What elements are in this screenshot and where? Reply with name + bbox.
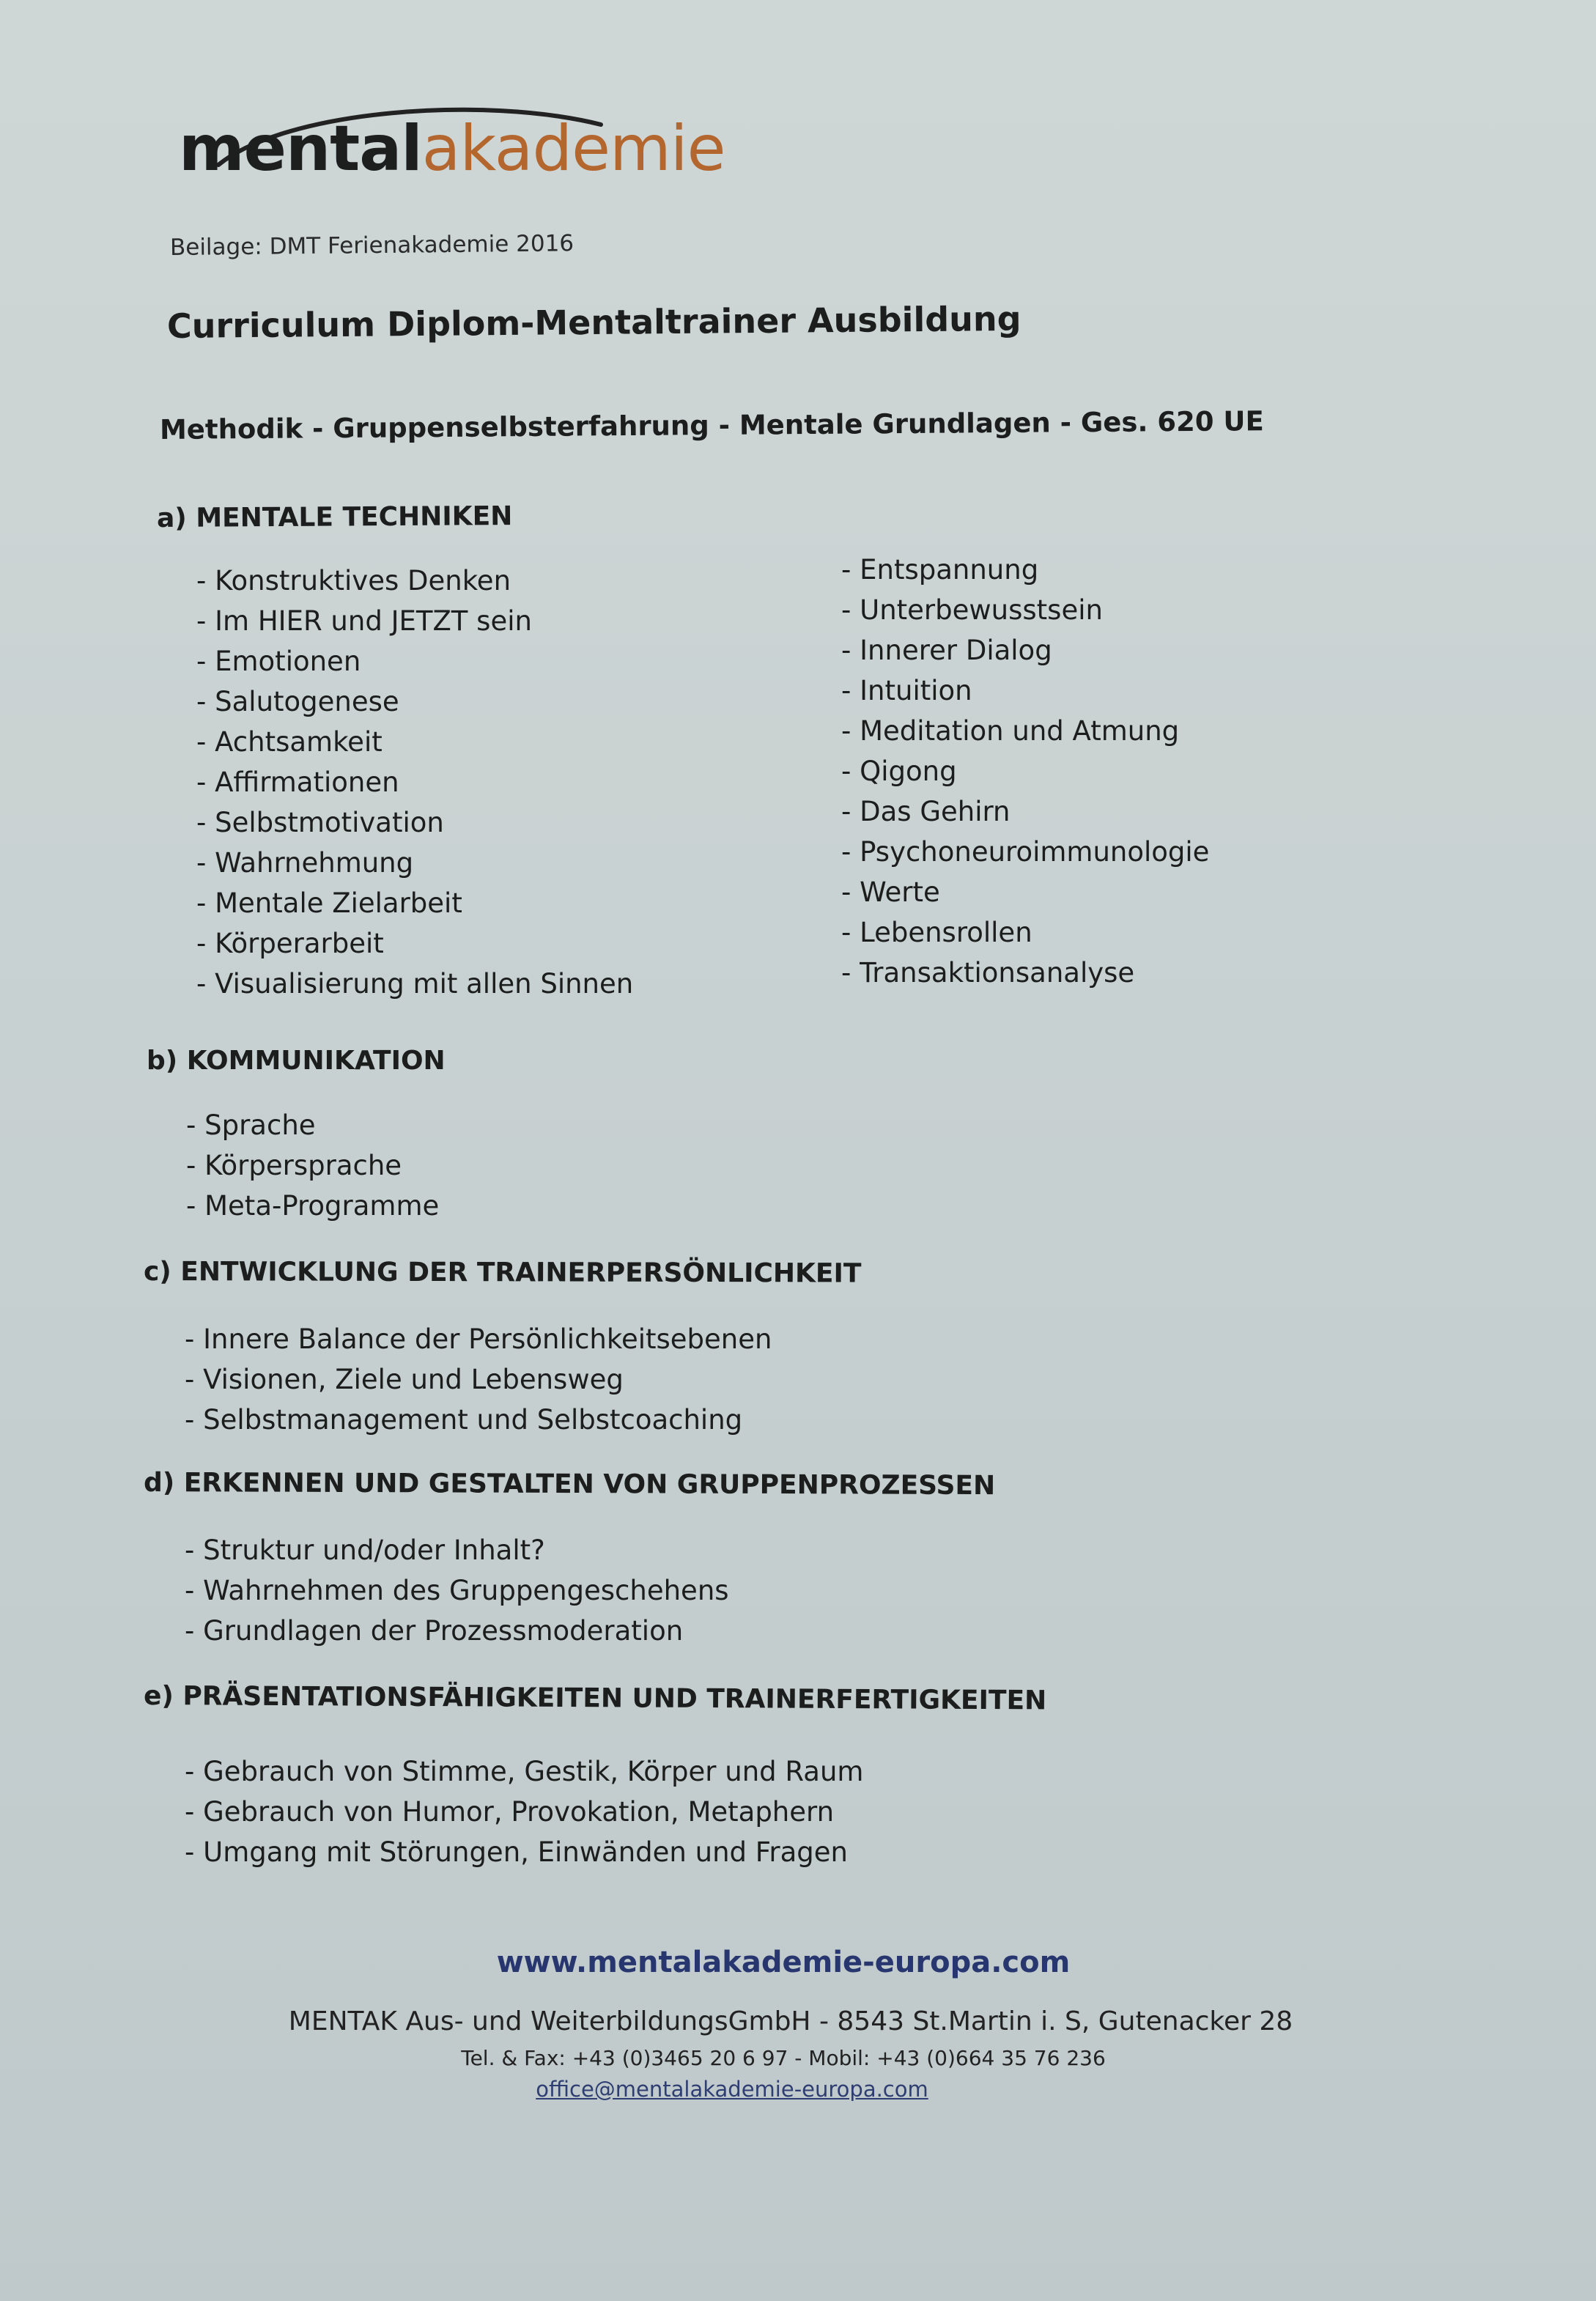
website-link[interactable]: www.mentalakademie-europa.com bbox=[0, 1946, 1581, 1979]
trainerpersoenlichkeit-list: Innere Balance der Persönlichkeitsebenen… bbox=[185, 1319, 772, 1440]
list-item: Gebrauch von Stimme, Gestik, Körper und … bbox=[185, 1751, 863, 1792]
list-item: Emotionen bbox=[196, 641, 633, 682]
list-item: Umgang mit Störungen, Einwänden und Frag… bbox=[185, 1832, 863, 1872]
list-item: Visualisierung mit allen Sinnen bbox=[196, 964, 633, 1004]
list-item: Innerer Dialog bbox=[841, 630, 1209, 671]
list-item: Lebensrollen bbox=[841, 912, 1209, 953]
list-item: Körperarbeit bbox=[196, 923, 633, 964]
attachment-note: Beilage: DMT Ferienakademie 2016 bbox=[170, 230, 574, 261]
section-heading-mentale-techniken: a) MENTALE TECHNIKEN bbox=[157, 501, 513, 533]
page-subtitle: Methodik - Gruppenselbsterfahrung - Ment… bbox=[160, 405, 1264, 446]
list-item: Gebrauch von Humor, Provokation, Metaphe… bbox=[185, 1792, 863, 1832]
list-item: Im HIER und JETZT sein bbox=[196, 601, 633, 641]
list-item: Achtsamkeit bbox=[196, 722, 633, 762]
list-item: Selbstmotivation bbox=[196, 802, 633, 843]
list-item: Salutogenese bbox=[196, 682, 633, 722]
section-heading-trainerpersoenlichkeit: c) ENTWICKLUNG DER TRAINERPERSÖNLICHKEIT bbox=[144, 1257, 862, 1289]
list-item: Grundlagen der Prozessmoderation bbox=[185, 1611, 729, 1651]
section-heading-gruppenprozesse: d) ERKENNEN UND GESTALTEN VON GRUPPENPRO… bbox=[144, 1468, 995, 1501]
mentale-techniken-list-right: Entspannung Unterbewusstsein Innerer Dia… bbox=[841, 550, 1209, 993]
list-item: Meta-Programme bbox=[186, 1186, 439, 1226]
list-item: Qigong bbox=[841, 751, 1209, 791]
list-item: Transaktionsanalyse bbox=[841, 953, 1209, 993]
list-item: Selbstmanagement und Selbstcoaching bbox=[185, 1400, 772, 1440]
email-link[interactable]: office@mentalakademie-europa.com bbox=[0, 2077, 1530, 2102]
list-item: Affirmationen bbox=[196, 762, 633, 802]
list-item: Mentale Zielarbeit bbox=[196, 883, 633, 923]
mentalakademie-logo: mentalakademie bbox=[176, 95, 660, 198]
section-heading-praesentation: e) PRÄSENTATIONSFÄHIGKEITEN UND TRAINERF… bbox=[144, 1681, 1046, 1715]
list-item: Konstruktives Denken bbox=[196, 561, 633, 601]
company-address: MENTAK Aus- und WeiterbildungsGmbH - 854… bbox=[0, 2006, 1589, 2036]
section-heading-kommunikation: b) KOMMUNIKATION bbox=[147, 1046, 446, 1076]
list-item: Das Gehirn bbox=[841, 791, 1209, 832]
list-item: Psychoneuroimmunologie bbox=[841, 832, 1209, 872]
page-title: Curriculum Diplom-Mentaltrainer Ausbildu… bbox=[167, 299, 1021, 346]
list-item: Intuition bbox=[841, 671, 1209, 711]
gruppenprozesse-list: Struktur und/oder Inhalt? Wahrnehmen des… bbox=[185, 1530, 729, 1651]
mentale-techniken-list-left: Konstruktives Denken Im HIER und JETZT s… bbox=[196, 561, 633, 1004]
document-page: mentalakademie Beilage: DMT Ferienakadem… bbox=[0, 0, 1596, 2301]
logo-text-mental: mental bbox=[179, 112, 422, 185]
list-item: Entspannung bbox=[841, 550, 1209, 590]
list-item: Wahrnehmen des Gruppengeschehens bbox=[185, 1570, 729, 1611]
contact-phone: Tel. & Fax: +43 (0)3465 20 6 97 - Mobil:… bbox=[0, 2046, 1581, 2070]
list-item: Körpersprache bbox=[186, 1145, 439, 1186]
list-item: Wahrnehmung bbox=[196, 843, 633, 883]
kommunikation-list: Sprache Körpersprache Meta-Programme bbox=[186, 1105, 439, 1226]
list-item: Struktur und/oder Inhalt? bbox=[185, 1530, 729, 1570]
logo-text-akademie: akademie bbox=[422, 112, 725, 185]
list-item: Werte bbox=[841, 872, 1209, 912]
list-item: Meditation und Atmung bbox=[841, 711, 1209, 751]
list-item: Innere Balance der Persönlichkeitsebenen bbox=[185, 1319, 772, 1359]
praesentation-list: Gebrauch von Stimme, Gestik, Körper und … bbox=[185, 1751, 863, 1872]
list-item: Sprache bbox=[186, 1105, 439, 1145]
list-item: Visionen, Ziele und Lebensweg bbox=[185, 1359, 772, 1400]
list-item: Unterbewusstsein bbox=[841, 590, 1209, 630]
